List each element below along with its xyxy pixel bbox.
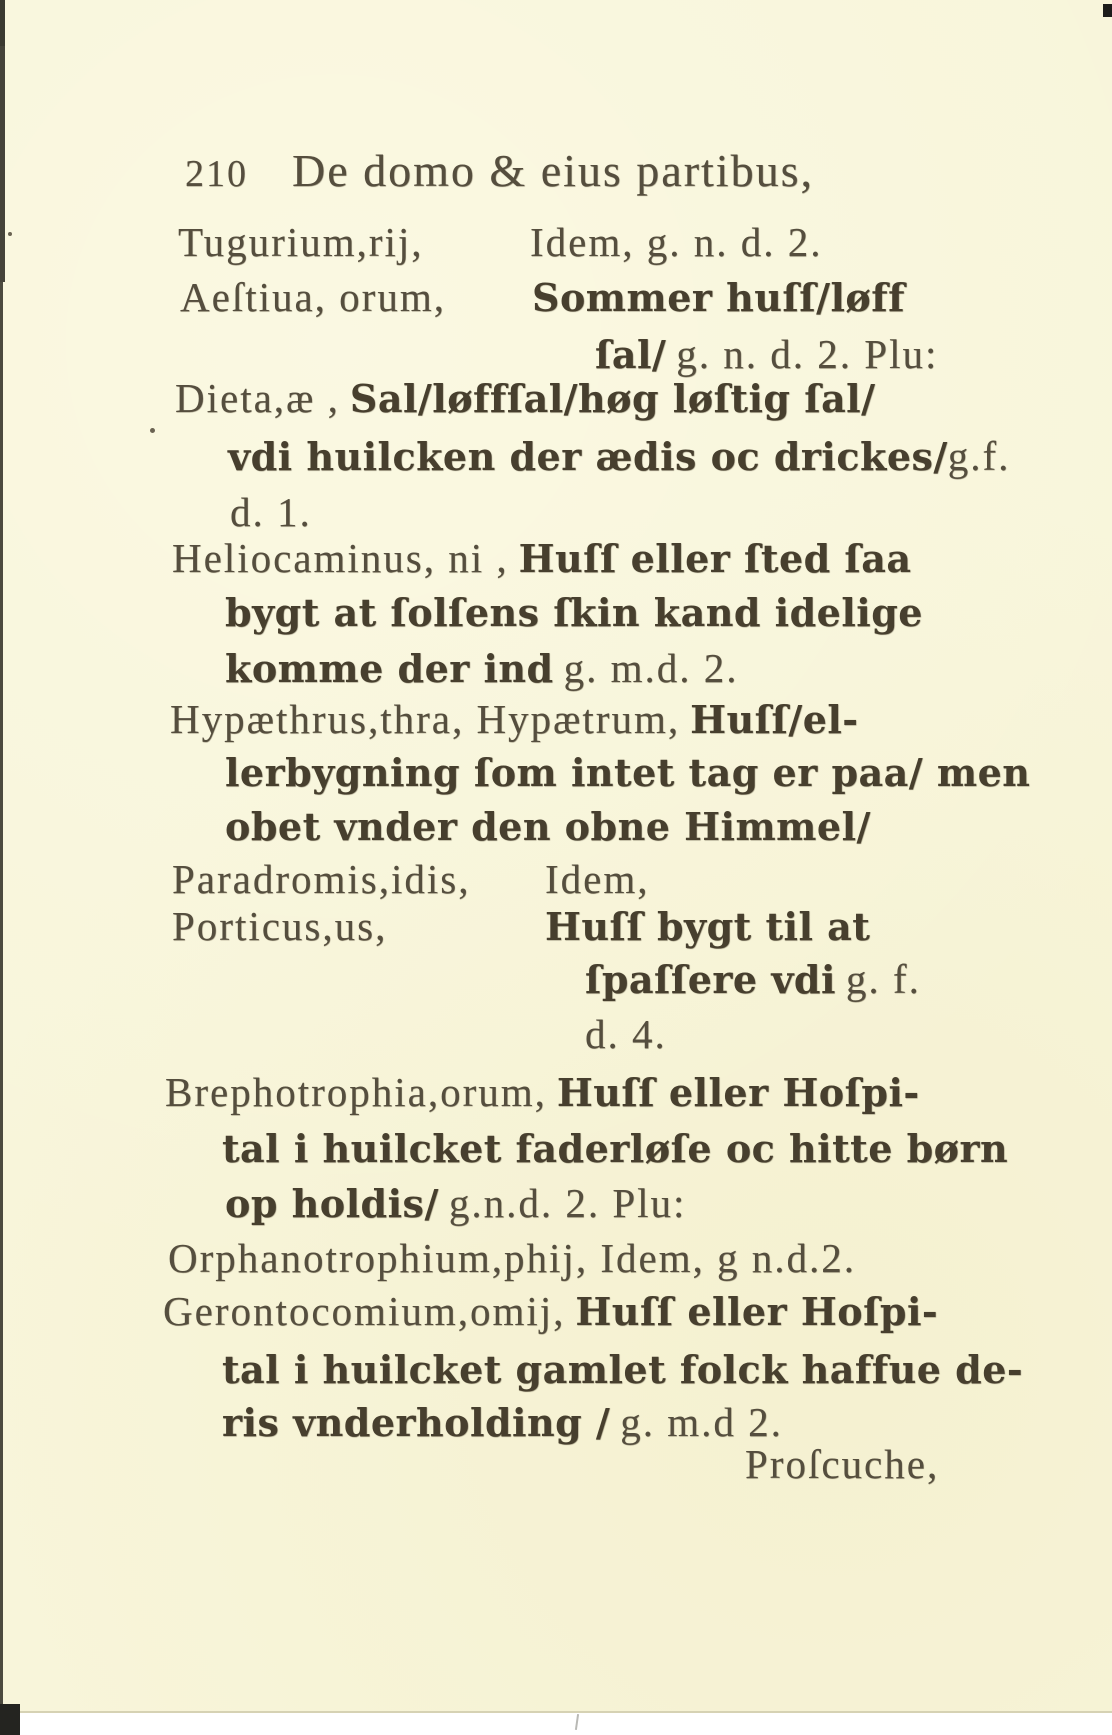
headword: Gerontocomium,omij, <box>163 1288 565 1334</box>
gloss-continuation: ris vnderholding / <box>222 1400 610 1445</box>
grammar-note: g.f. <box>948 433 1011 479</box>
grammar-note: g. m.d. 2. <box>564 645 739 691</box>
scan-smudge <box>575 1714 579 1730</box>
entry-dieta-cont: vdi huilcken der ædis oc drickes/g.f. <box>228 436 1010 477</box>
entry-porticus: Porticus,us,Huſſ bygt til at <box>172 906 870 947</box>
headword: Tugurium,rij, <box>178 222 530 263</box>
headword: Heliocaminus, ni , <box>172 535 509 581</box>
grammar-note: g. f. <box>846 956 921 1002</box>
catchword-text: Proſcuche, <box>745 1441 939 1487</box>
entry-heliocaminus: Heliocaminus, ni ,Huſſ eller ſted ſaa <box>172 538 912 579</box>
entry-brephotrophia-cont: tal i huilcket faderløſe oc hitte børn <box>222 1130 1008 1168</box>
entry-hypaethrus-cont2: obet vnder den obne Himmel/ <box>225 808 871 846</box>
entry-heliocaminus-cont2: komme der indg. m.d. 2. <box>225 648 739 689</box>
entry-orphanotrophium: Orphanotrophium,phij, Idem, g n.d.2. <box>168 1238 856 1279</box>
ink-speck <box>8 232 12 236</box>
headword: Aeſtiua, orum, <box>180 277 532 318</box>
gloss: Sal/løffſal/høg løſtig ſal/ <box>350 376 876 421</box>
gloss-continuation: tal i huilcket faderløſe oc hitte børn <box>222 1126 1008 1171</box>
gloss: Idem, g. n. d. 2. <box>530 219 823 265</box>
entry-gerontocomium-cont2: ris vnderholding /g. m.d 2. <box>222 1402 783 1443</box>
gloss: Idem, <box>545 856 650 902</box>
gloss: Huſſ eller Hoſpi- <box>575 1289 938 1334</box>
scan-top-left-mark <box>0 0 5 46</box>
entry-dieta-cont2: d. 1. <box>230 492 312 533</box>
entry-hypaethrus-cont: lerbygning ſom intet tag er paa/ men <box>225 754 1030 792</box>
gloss-continuation: ſal/ <box>595 332 666 377</box>
entry-tugurium: Tugurium,rij,Idem, g. n. d. 2. <box>178 222 823 263</box>
gloss: Huſſ eller Hoſpi- <box>557 1070 920 1115</box>
entry-porticus-cont: ſpaſſere vdig. f. <box>585 959 921 1000</box>
headword: Porticus,us, <box>172 906 545 947</box>
headword: Paradromis,idis, <box>172 859 545 900</box>
scan-bottom-left-mark <box>0 1704 20 1735</box>
entry-dieta: Dieta,æ ,Sal/løffſal/høg løſtig ſal/ <box>175 378 876 419</box>
headword: Hypæthrus,thra, Hypætrum, <box>170 696 680 742</box>
scan-top-right-mark <box>1103 4 1112 17</box>
entry-hypaethrus: Hypæthrus,thra, Hypætrum,Huſſ/el- <box>170 699 859 740</box>
grammar-note: g. m.d 2. <box>620 1399 783 1445</box>
gloss-continuation: tal i huilcket gamlet folck haffue de- <box>222 1347 1023 1392</box>
page-number: 210 <box>185 155 292 193</box>
entry-paradromis: Paradromis,idis,Idem, <box>172 859 650 900</box>
gloss-continuation: lerbygning ſom intet tag er paa/ men <box>225 750 1030 795</box>
grammar-note: d. 4. <box>585 1011 667 1057</box>
grammar-note: g.n.d. 2. Plu: <box>449 1180 687 1226</box>
gloss: Huſſ/el- <box>690 697 859 742</box>
grammar-note: g. n. d. 2. Plu: <box>676 331 938 377</box>
entry-brephotrophia: Brephotrophia,orum,Huſſ eller Hoſpi- <box>165 1072 920 1113</box>
gloss-continuation: ſpaſſere vdi <box>585 957 836 1002</box>
grammar-note: d. 1. <box>230 489 312 535</box>
gloss-continuation: komme der ind <box>225 646 554 691</box>
gloss: Sommer huſſ/løff <box>532 275 905 320</box>
headword-and-gloss: Orphanotrophium,phij, Idem, g n.d.2. <box>168 1235 856 1281</box>
gloss-continuation: bygt at ſolſens ſkin kand idelige <box>225 590 923 635</box>
page-header: 210De domo & eius partibus, <box>185 148 814 194</box>
gloss-continuation: op holdis/ <box>225 1181 439 1226</box>
ink-speck <box>150 428 155 433</box>
entry-brephotrophia-cont2: op holdis/g.n.d. 2. Plu: <box>225 1183 686 1224</box>
entry-aestiua-cont: ſal/g. n. d. 2. Plu: <box>595 334 938 375</box>
entry-aestiua: Aeſtiua, orum,Sommer huſſ/løff <box>180 277 905 318</box>
gloss: Huſſ eller ſted ſaa <box>519 536 912 581</box>
catchword: Proſcuche, <box>745 1444 939 1485</box>
entry-heliocaminus-cont: bygt at ſolſens ſkin kand idelige <box>225 594 923 632</box>
entry-gerontocomium-cont: tal i huilcket gamlet folck haffue de- <box>222 1351 1023 1389</box>
entry-gerontocomium: Gerontocomium,omij,Huſſ eller Hoſpi- <box>163 1291 938 1332</box>
headword: Dieta,æ , <box>175 375 340 421</box>
book-page-scan: 210De domo & eius partibus, Tugurium,rij… <box>0 0 1112 1735</box>
headword: Brephotrophia,orum, <box>165 1069 547 1115</box>
running-title: De domo & eius partibus, <box>292 145 814 196</box>
gloss: Huſſ bygt til at <box>545 904 870 949</box>
gloss-continuation: vdi huilcken der ædis oc drickes/ <box>228 434 948 479</box>
entry-porticus-cont2: d. 4. <box>585 1014 667 1055</box>
gloss-continuation: obet vnder den obne Himmel/ <box>225 804 871 849</box>
